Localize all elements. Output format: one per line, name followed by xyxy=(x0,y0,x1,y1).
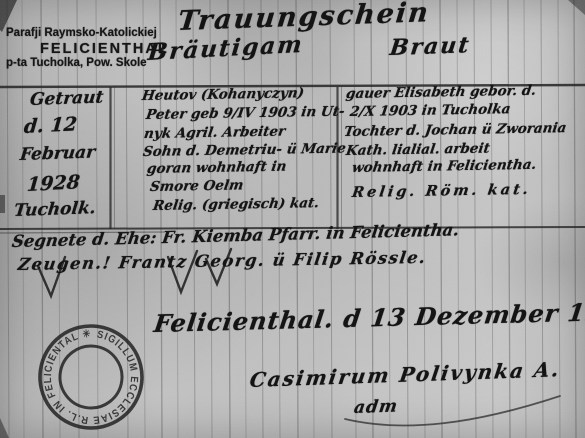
letterhead-post-line: p-ta Tucholka, Pow. Skole xyxy=(6,58,147,70)
bride-line: 2/X 1903 in Tucholka xyxy=(349,103,511,119)
marriage-line: Tucholk. xyxy=(13,200,96,220)
bride-line: wohnhaft in Felicientha. xyxy=(351,159,537,176)
scanned-certificate: Parafji Raymsko-Katolickiej FELICIENTHAL… xyxy=(0,0,585,438)
groom-line: Smore Oelm xyxy=(149,179,244,194)
marriage-line: d. 12 xyxy=(23,115,78,137)
letterhead-parish-line: Parafji Raymsko-Katolickiej xyxy=(6,28,157,40)
bride-column-label: Braut xyxy=(389,34,472,59)
marriage-line: Februar xyxy=(19,144,96,164)
seal-ring-text: SIGILLUM ECCLESIAE R.L. IN FELICIENTAL ✳ xyxy=(36,322,147,433)
marriage-line: 1928 xyxy=(26,173,80,195)
bride-line: gauer Elisabeth gebor. d. xyxy=(345,85,537,102)
groom-line: nyk Agril. Arbeiter xyxy=(143,126,286,142)
marriage-line: Getraut xyxy=(29,89,104,109)
groom-line: goran wohnhaft in xyxy=(146,161,287,177)
bride-line: Kath. lialial. arbeit xyxy=(345,142,491,158)
groom-line: Heutov (Kohanyczyn) xyxy=(141,87,305,103)
groom-line: Sohn d. Demetriu- ü Marie xyxy=(142,142,347,159)
svg-text:SIGILLUM ECCLESIAE R.L. IN FEL: SIGILLUM ECCLESIAE R.L. IN FELICIENTAL ✳ xyxy=(36,322,147,433)
groom-line: Relig. (griegisch) kat. xyxy=(152,197,320,213)
bride-line: Relig. Röm. kat. xyxy=(351,183,532,201)
church-seal: SIGILLUM ECCLESIAE R.L. IN FELICIENTAL ✳ xyxy=(11,315,171,438)
signature-role: adm xyxy=(353,398,399,417)
groom-line: Peter geb 9/IV 1903 in Ut- xyxy=(145,106,345,123)
